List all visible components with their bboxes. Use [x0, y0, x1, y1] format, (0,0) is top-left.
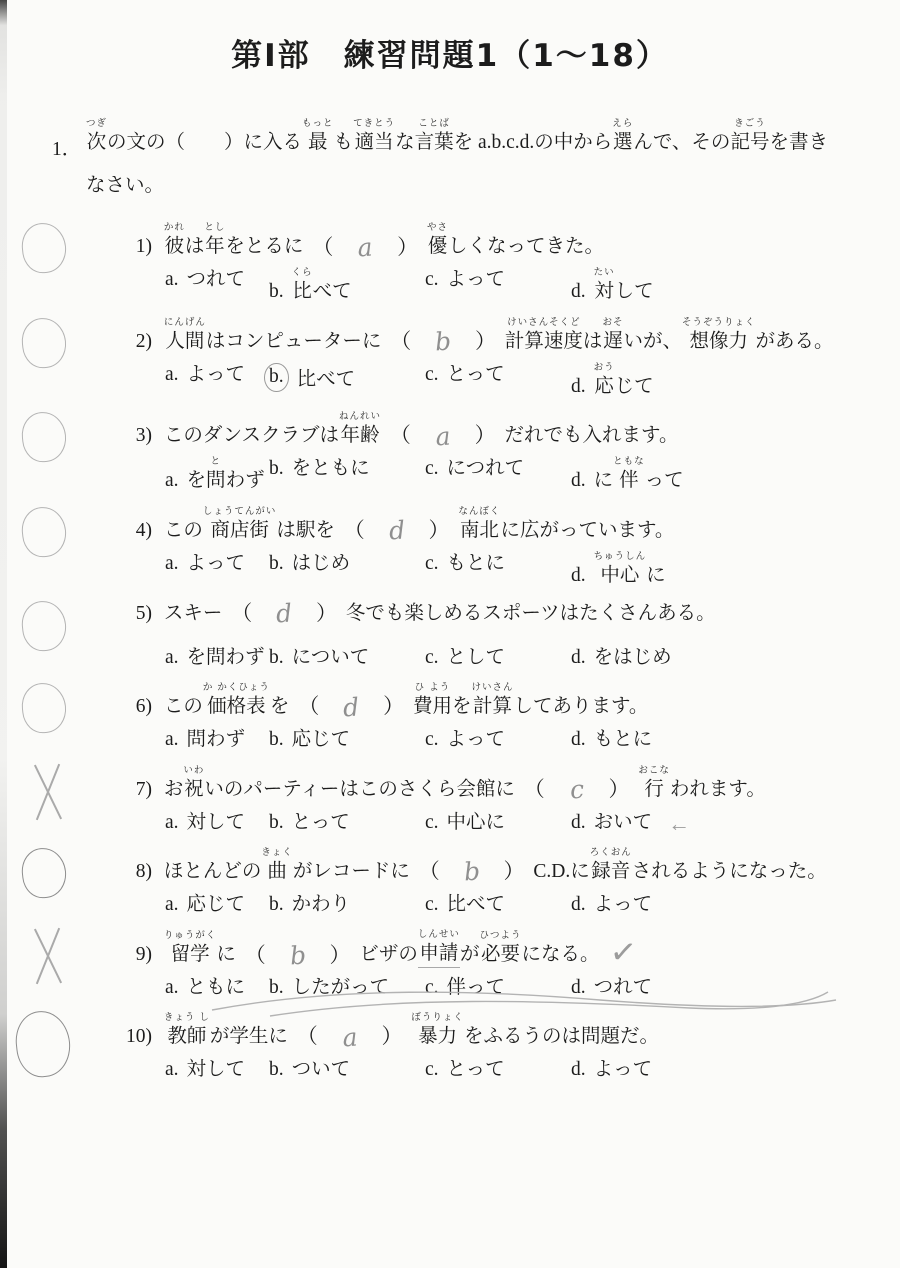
ruby-text: もっと最 — [302, 119, 334, 155]
question-number: 7) — [100, 778, 152, 802]
question-item: 5) スキー （ d ） 冬でも楽しめるスポーツはたくさんある。 a.を問わず … — [0, 601, 880, 670]
pencil-circle-mark — [20, 221, 69, 275]
pencil-circle-mark — [20, 681, 69, 735]
ruby-text: ひ よう費用 — [413, 683, 452, 719]
option-d: d.よって — [571, 1058, 880, 1082]
ruby-text: かれ彼 — [164, 223, 185, 259]
ruby-text: けいさんそくど計算速度 — [505, 318, 583, 354]
ruby-text: たい対 — [594, 268, 615, 304]
option-text: 応じて — [187, 895, 246, 916]
handwritten-answer: d — [260, 599, 308, 627]
option-text: くら比べて — [292, 283, 352, 304]
sentence-after-blank: C.D.にろくおん録音されるようになった。 — [533, 862, 826, 883]
option-text: よって — [187, 554, 246, 575]
option-text: おう応じて — [594, 377, 654, 398]
handwritten-answer: d — [373, 516, 421, 544]
option-text: 伴って — [447, 978, 506, 999]
question-number: 1) — [100, 235, 152, 259]
option-c: c.よって — [425, 268, 571, 304]
option-label: d. — [571, 375, 586, 399]
pencil-circle-mark — [20, 504, 69, 558]
option-d: d.おいて← — [571, 811, 880, 835]
option-label: a. — [165, 976, 179, 1000]
handwritten-answer: a — [419, 422, 467, 450]
option-text: たい対して — [594, 283, 654, 304]
option-text: おいて — [594, 813, 653, 834]
ruby-text: にんげん人間 — [164, 318, 206, 354]
question-number: 3) — [100, 424, 152, 448]
option-text: 中心に — [447, 813, 506, 834]
ruby-text: ことば言葉 — [415, 119, 454, 155]
ruby-text: ぼうりょく暴力 — [411, 1013, 464, 1049]
sentence-after-blank: やさ優しくなってきた。 — [427, 238, 604, 259]
option-label: d. — [571, 280, 586, 304]
question-sentence: 2) にんげん人間はコンピューターに （ b ） けいさんそくど計算速度はおそ遅… — [100, 318, 880, 355]
options-row: a.ともに b.したがって c.伴って d.つれて — [165, 976, 880, 1000]
question-sentence: 7) おいわ祝いのパーティーはこのさくら会館に （ c ） おこな行われます。 — [100, 766, 880, 803]
option-text: ちゅうしん中心に — [594, 566, 666, 587]
option-label: a. — [165, 363, 179, 387]
paren-close: ） — [475, 423, 496, 448]
scanned-worksheet-page: 第Ⅰ部 練習問題1（1～18） 1． つぎ次の文の（ ）に入るもっと最もてきとう… — [0, 0, 900, 1268]
ruby-text: いわ祝 — [183, 766, 204, 802]
option-label: b. — [269, 976, 284, 1000]
option-d: d.たい対して — [571, 268, 880, 304]
option-text: にともな伴って — [594, 472, 684, 493]
handwritten-answer: a — [326, 1023, 374, 1051]
question-item: 1) かれ彼はとし年をとるに （ a ） やさ優しくなってきた。 a.つれて b… — [0, 223, 880, 304]
option-text: 比べて — [447, 895, 506, 916]
question-number: 9) — [100, 943, 152, 967]
option-d: d.よって — [571, 893, 880, 917]
option-text: よって — [187, 365, 246, 386]
question-number: 4) — [100, 519, 152, 543]
question-number: 2) — [100, 330, 152, 354]
ruby-text: えら選 — [612, 119, 633, 155]
question-item: 3) このダンスクラブはねんれい年齢 （ a ） だれでも入れます。 a.をと問… — [0, 412, 880, 493]
option-b: b.はじめ — [269, 552, 425, 588]
instruction-line2: なさい。 — [86, 169, 880, 197]
option-label: b. — [264, 363, 289, 392]
option-a: a.対して — [165, 1058, 269, 1082]
question-sentence: 10) きょう し教師が学生に （ a ） ぼうりょく暴力をふるうのは問題だ。 — [100, 1013, 880, 1050]
options-row: a.問わず b.応じて c.よって d.もとに — [165, 728, 880, 752]
question-item: 9) りゅうがく留学に （ b ） ビザのしんせい申請がひつよう必要になる。 ✓… — [0, 930, 880, 1000]
option-c: c.につれて — [425, 457, 571, 493]
option-text: について — [292, 648, 370, 669]
question-sentence: 1) かれ彼はとし年をとるに （ a ） やさ優しくなってきた。 — [100, 223, 880, 260]
option-c: c.とって — [425, 363, 571, 399]
ruby-text: りゅうがく留学 — [164, 931, 217, 967]
option-text: よって — [447, 731, 506, 752]
option-label: b. — [269, 728, 284, 752]
ruby-text: か かくひょう価格表 — [203, 683, 270, 719]
paren-open: （ — [231, 601, 252, 626]
option-label: b. — [269, 552, 284, 576]
option-label: d. — [571, 728, 586, 752]
option-text: つれて — [187, 271, 246, 292]
option-d: d.つれて — [571, 976, 880, 1000]
option-d: d.ちゅうしん中心に — [571, 552, 880, 588]
option-d: d.をはじめ — [571, 646, 880, 670]
option-label: a. — [165, 893, 179, 917]
question-item: 6) このか かくひょう価格表を （ d ） ひ よう費用をけいさん計算してあり… — [0, 683, 880, 752]
option-b: b.ついて — [269, 1058, 425, 1082]
paren-open: （ — [524, 777, 545, 802]
ruby-text: くら比 — [292, 268, 313, 304]
option-text: をともに — [292, 460, 370, 481]
sentence-after-blank: なんぼく南北に広がっています。 — [458, 521, 674, 542]
question-sentence: 9) りゅうがく留学に （ b ） ビザのしんせい申請がひつよう必要になる。 ✓ — [100, 930, 880, 967]
ruby-text: きごう記号 — [730, 119, 769, 155]
option-label: d. — [571, 893, 586, 917]
paren-open: （ — [312, 235, 333, 260]
option-a: a.応じて — [165, 893, 269, 917]
option-label: a. — [165, 811, 179, 835]
sentence-before-blank: このダンスクラブはねんれい年齢 — [164, 427, 381, 448]
options-row: a.対して b.とって c.中心に d.おいて← — [165, 811, 880, 835]
option-label: a. — [165, 552, 179, 576]
ruby-text: ねんれい年齢 — [339, 412, 381, 448]
options-row: a.対して b.ついて c.とって d.よって — [165, 1058, 880, 1082]
option-text: 対して — [187, 1061, 246, 1082]
option-c: c.比べて — [425, 893, 571, 917]
ruby-text: しょうてんがい商店街 — [203, 507, 277, 543]
option-text: よって — [594, 895, 653, 916]
option-a: a.よって — [165, 552, 269, 588]
option-a: a.ともに — [165, 976, 269, 1000]
sentence-after-blank: ひ よう費用をけいさん計算してあります。 — [413, 698, 649, 719]
paren-close: ） — [316, 601, 337, 626]
option-text: したがって — [292, 978, 390, 999]
sentence-before-blank: ほとんどのきょく曲がレコードに — [164, 862, 410, 883]
question-number: 8) — [100, 860, 152, 884]
sentence-before-blank: このしょうてんがい商店街は駅を — [164, 521, 335, 542]
options-row: a.をと問わず b.をともに c.につれて d.にともな伴って — [165, 457, 880, 493]
question-sentence: 3) このダンスクラブはねんれい年齢 （ a ） だれでも入れます。 — [100, 412, 880, 449]
page-title: 第Ⅰ部 練習問題1（1～18） — [0, 0, 900, 75]
ruby-text: おう応 — [594, 363, 615, 399]
sentence-after-blank: だれでも入れます。 — [505, 427, 679, 448]
option-text: とって — [292, 813, 350, 834]
instruction-number: 1． — [52, 133, 81, 161]
sentence-after-blank: 冬でも楽しめるスポーツはたくさんある。 — [346, 604, 716, 625]
handwritten-answer: b — [448, 858, 496, 886]
option-text: よって — [594, 1061, 653, 1082]
option-label: c. — [425, 893, 439, 917]
paren-close: ） — [330, 943, 351, 968]
option-text: 応じて — [292, 731, 351, 752]
options-row: a.つれて b.くら比べて c.よって d.たい対して — [165, 268, 880, 304]
option-label: c. — [425, 552, 439, 576]
paren-close: ） — [429, 518, 450, 543]
option-label: a. — [165, 268, 179, 292]
pencil-circle-mark — [20, 410, 69, 464]
option-c: c.よって — [425, 728, 571, 752]
option-c: c.伴って — [425, 976, 571, 1000]
option-a: a.よって — [165, 363, 269, 399]
option-c: c.として — [425, 646, 571, 670]
question-number: 5) — [100, 602, 152, 626]
option-a: a.つれて — [165, 268, 269, 304]
question-item: 7) おいわ祝いのパーティーはこのさくら会館に （ c ） おこな行われます。 … — [0, 766, 880, 835]
paren-open: （ — [245, 943, 266, 968]
option-d: d.にともな伴って — [571, 457, 880, 493]
paren-close: ） — [397, 235, 418, 260]
sentence-before-blank: きょう し教師が学生に — [164, 1028, 288, 1049]
option-a: a.問わず — [165, 728, 269, 752]
option-text: ともに — [187, 978, 246, 999]
option-text: 比べて — [297, 370, 356, 391]
paren-open: （ — [297, 1024, 318, 1049]
option-b: b.くら比べて — [269, 268, 425, 304]
option-b: b.とって — [269, 811, 425, 835]
ruby-text: おこな行 — [638, 766, 670, 802]
question-item: 8) ほとんどのきょく曲がレコードに （ b ） C.D.にろくおん録音されるよ… — [0, 848, 880, 917]
instruction-block: 1． つぎ次の文の（ ）に入るもっと最もてきとう適当なことば言葉を a.b.c.… — [0, 119, 880, 197]
paren-open: （ — [390, 329, 411, 354]
question-sentence: 4) このしょうてんがい商店街は駅を （ d ） なんぼく南北に広がっています。 — [100, 507, 880, 544]
sentence-before-blank: おいわ祝いのパーティーはこのさくら会館に — [164, 780, 515, 801]
handwritten-answer: a — [341, 233, 389, 261]
question-item: 10) きょう し教師が学生に （ a ） ぼうりょく暴力をふるうのは問題だ。 … — [0, 1013, 880, 1082]
option-label: b. — [269, 646, 284, 670]
ruby-text: ともな伴 — [613, 457, 645, 493]
option-label: d. — [571, 976, 586, 1000]
ruby-text: しんせい申請 — [418, 930, 460, 967]
sentence-after-blank: おこな行われます。 — [638, 780, 765, 801]
option-label: c. — [425, 811, 439, 835]
option-text: を問わず — [187, 648, 265, 669]
paren-open: （ — [344, 518, 365, 543]
option-label: d. — [571, 469, 586, 493]
option-a: a.対して — [165, 811, 269, 835]
option-label: c. — [425, 976, 439, 1000]
ruby-text: やさ優 — [427, 223, 448, 259]
option-b: b.応じて — [269, 728, 425, 752]
option-label: c. — [425, 728, 439, 752]
option-label: a. — [165, 728, 179, 752]
pencil-circle-mark — [20, 846, 69, 900]
options-row: a.よって b.はじめ c.もとに d.ちゅうしん中心に — [165, 552, 880, 588]
ruby-text: つぎ次 — [86, 119, 107, 155]
option-b: b.比べて — [269, 363, 425, 399]
paren-close: ） — [383, 694, 404, 719]
ruby-text: そうぞうりょく想像力 — [682, 318, 756, 354]
question-sentence: 5) スキー （ d ） 冬でも楽しめるスポーツはたくさんある。 — [100, 601, 880, 638]
option-label: c. — [425, 646, 439, 670]
paren-open: （ — [298, 694, 319, 719]
option-text: つれて — [594, 978, 653, 999]
sentence-before-blank: りゅうがく留学に — [164, 946, 236, 967]
option-b: b.をともに — [269, 457, 425, 493]
option-a: a.を問わず — [165, 646, 269, 670]
option-label: c. — [425, 268, 439, 292]
option-label: d. — [571, 564, 586, 588]
paren-open: （ — [390, 423, 411, 448]
option-d: d.もとに — [571, 728, 880, 752]
question-number: 10) — [100, 1025, 152, 1049]
option-label: a. — [165, 469, 179, 493]
paren-close: ） — [475, 329, 496, 354]
question-number: 6) — [100, 695, 152, 719]
pencil-circle-mark — [20, 316, 69, 370]
option-text: もとに — [447, 554, 506, 575]
ruby-text: おそ遅 — [602, 318, 623, 354]
option-label: d. — [571, 646, 586, 670]
option-text: とって — [447, 365, 505, 386]
option-label: d. — [571, 1058, 586, 1082]
options-row: a.を問わず b.について c.として d.をはじめ — [165, 646, 880, 670]
sentence-before-blank: かれ彼はとし年をとるに — [164, 238, 304, 259]
option-a: a.をと問わず — [165, 457, 269, 493]
ruby-text: とし年 — [204, 223, 225, 259]
option-b: b.したがって — [269, 976, 425, 1000]
option-text: につれて — [447, 460, 525, 481]
option-text: とって — [447, 1061, 505, 1082]
question-sentence: 8) ほとんどのきょく曲がレコードに （ b ） C.D.にろくおん録音されるよ… — [100, 848, 880, 885]
handwritten-answer: c — [553, 775, 601, 803]
ruby-text: ろくおん録音 — [590, 848, 632, 884]
sentence-after-blank: ビザのしんせい申請がひつよう必要になる。 — [359, 946, 599, 967]
ruby-text: てきとう適当 — [353, 119, 395, 155]
option-text: をはじめ — [594, 648, 672, 669]
option-label: a. — [165, 1058, 179, 1082]
pencil-circle-mark — [20, 599, 69, 653]
option-text: 問わず — [187, 731, 246, 752]
ruby-text: ちゅうしん中心 — [594, 552, 647, 588]
sentence-before-blank: このか かくひょう価格表を — [164, 698, 290, 719]
option-label: b. — [269, 280, 284, 304]
pencil-circle-mark — [13, 1008, 74, 1079]
pencil-arrow-icon: ← — [668, 813, 690, 835]
option-label: b. — [269, 457, 284, 481]
ruby-text: ひつよう必要 — [479, 931, 521, 967]
handwritten-answer: b — [274, 941, 322, 969]
option-label: c. — [425, 363, 439, 387]
ruby-text: と問 — [206, 457, 226, 493]
option-label: d. — [571, 811, 586, 835]
option-text: として — [447, 648, 506, 669]
sentence-before-blank: スキー — [164, 604, 223, 625]
paren-close: ） — [608, 777, 629, 802]
option-label: b. — [269, 1058, 284, 1082]
pencil-x-mark — [26, 762, 70, 822]
handwritten-answer: b — [419, 328, 467, 356]
option-d: d.おう応じて — [571, 363, 880, 399]
sentence-before-blank: にんげん人間はコンピューターに — [164, 332, 382, 353]
option-b: b.について — [269, 646, 425, 670]
option-label: a. — [165, 646, 179, 670]
question-item: 4) このしょうてんがい商店街は駅を （ d ） なんぼく南北に広がっています。… — [0, 507, 880, 588]
option-label: b. — [269, 811, 284, 835]
option-c: c.中心に — [425, 811, 571, 835]
ruby-text: きょく曲 — [261, 848, 293, 884]
paren-close: ） — [382, 1024, 403, 1049]
option-text: をと問わず — [187, 472, 265, 493]
handwritten-answer: d — [327, 693, 375, 721]
options-row: a.応じて b.かわり c.比べて d.よって — [165, 893, 880, 917]
options-row: a.よって b.比べて c.とって d.おう応じて — [165, 363, 880, 399]
pencil-check-mark: ✓ — [609, 934, 639, 969]
sentence-after-blank: ぼうりょく暴力をふるうのは問題だ。 — [411, 1028, 659, 1049]
ruby-text: きょう し教師 — [164, 1013, 210, 1049]
option-text: よって — [447, 271, 506, 292]
ruby-text: なんぼく南北 — [458, 507, 500, 543]
option-label: c. — [425, 1058, 439, 1082]
option-label: b. — [269, 893, 284, 917]
question-list: 1) かれ彼はとし年をとるに （ a ） やさ優しくなってきた。 a.つれて b… — [0, 223, 880, 1082]
option-text: ついて — [292, 1061, 351, 1082]
sentence-after-blank: けいさんそくど計算速度はおそ遅いが、そうぞうりょく想像力がある。 — [505, 332, 834, 353]
option-c: c.もとに — [425, 552, 571, 588]
paren-close: ） — [504, 859, 525, 884]
option-label: c. — [425, 457, 439, 481]
option-text: 対して — [187, 813, 246, 834]
option-c: c.とって — [425, 1058, 571, 1082]
option-text: はじめ — [292, 554, 351, 575]
paren-open: （ — [419, 859, 440, 884]
question-item: 2) にんげん人間はコンピューターに （ b ） けいさんそくど計算速度はおそ遅… — [0, 318, 880, 399]
option-b: b.かわり — [269, 893, 425, 917]
option-text: もとに — [594, 731, 653, 752]
worksheet-content: 1． つぎ次の文の（ ）に入るもっと最もてきとう適当なことば言葉を a.b.c.… — [0, 75, 900, 1083]
ruby-text: けいさん計算 — [471, 683, 513, 719]
option-text: かわり — [292, 895, 351, 916]
instruction-line1: つぎ次の文の（ ）に入るもっと最もてきとう適当なことば言葉を a.b.c.d.の… — [86, 119, 880, 155]
question-sentence: 6) このか かくひょう価格表を （ d ） ひ よう費用をけいさん計算してあり… — [100, 683, 880, 720]
pencil-x-mark — [26, 926, 70, 986]
